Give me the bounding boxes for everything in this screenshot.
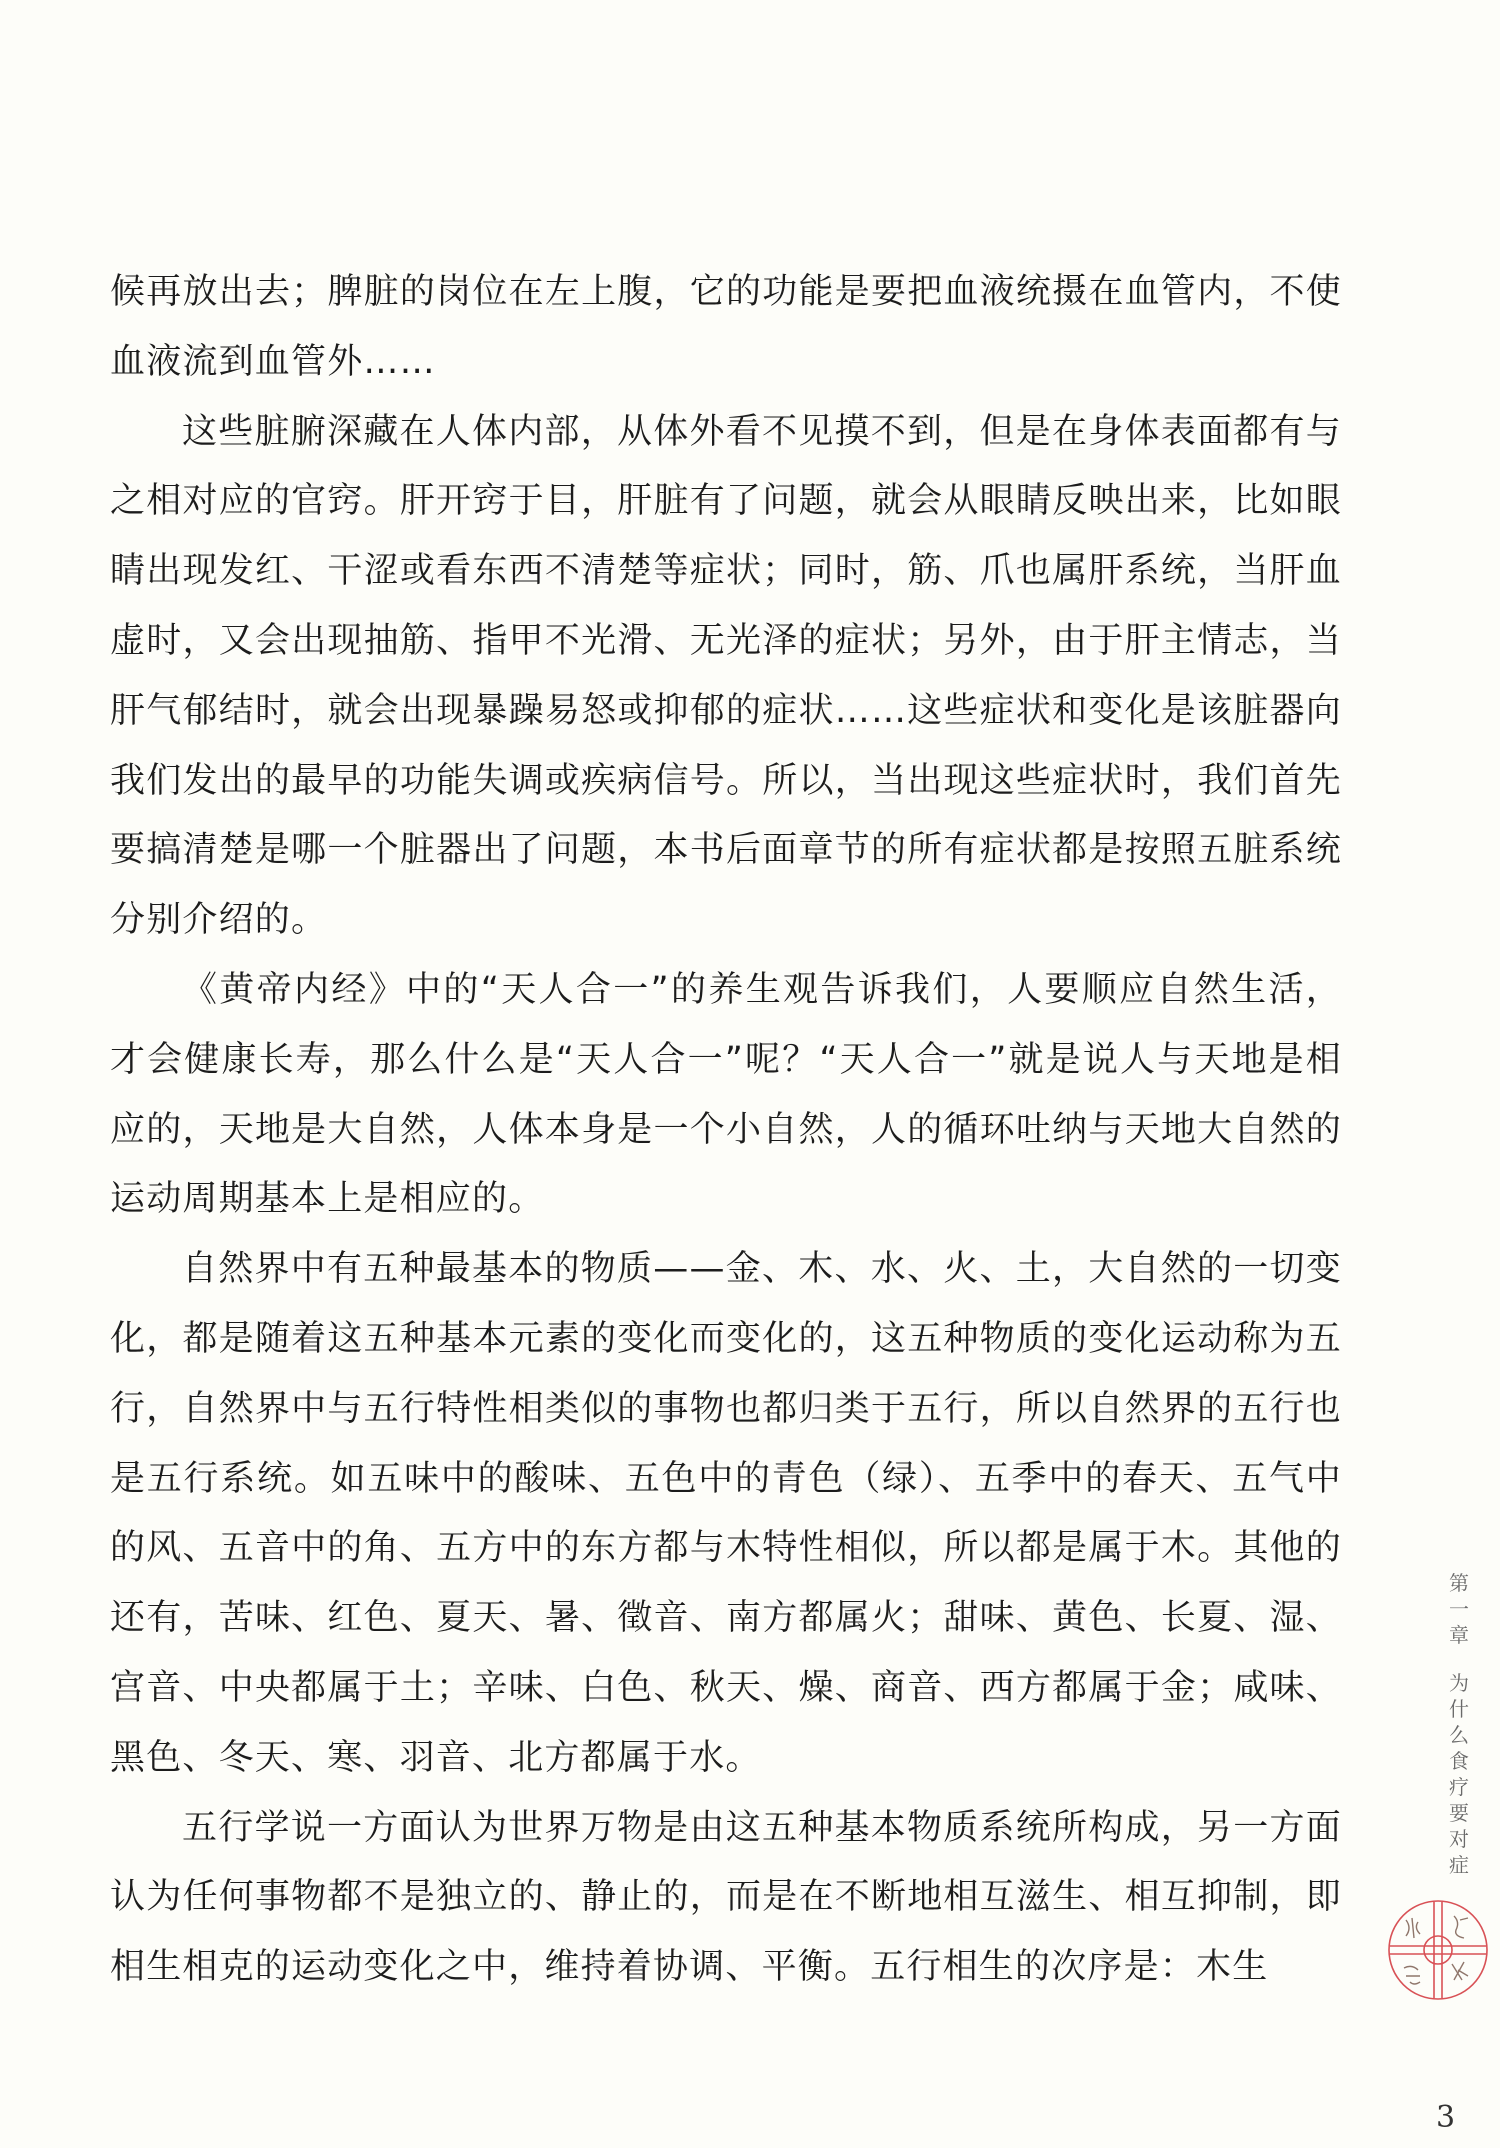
paragraph-organs-orifices: 这些脏腑深藏在人体内部，从体外看不见摸不到，但是在身体表面都有与之相对应的官窍。…: [110, 398, 1342, 956]
paragraph-five-elements-theory: 五行学说一方面认为世界万物是由这五种基本物质系统所构成，另一方面认为任何事物都不…: [110, 1794, 1342, 2003]
seal-stamp-icon: [1386, 1898, 1490, 2002]
running-head-char: 章: [1444, 1622, 1474, 1648]
running-head: 第一章 为什么食疗要对症: [1444, 1570, 1474, 1878]
running-head-char: 对: [1444, 1826, 1474, 1852]
running-head-char: 第: [1444, 1570, 1474, 1596]
running-head-char: 疗: [1444, 1774, 1474, 1800]
page-body: 候再放出去；脾脏的岗位在左上腹，它的功能是要把血液统摄在血管内，不使血液流到血管…: [110, 258, 1342, 2003]
running-head-char: 食: [1444, 1748, 1474, 1774]
paragraph-five-elements: 自然界中有五种最基本的物质——金、木、水、火、土，大自然的一切变化，都是随着这五…: [110, 1235, 1342, 1793]
running-head-char: 么: [1444, 1722, 1474, 1748]
running-head-chapter: 第一章: [1444, 1570, 1474, 1648]
paragraph-continuation: 候再放出去；脾脏的岗位在左上腹，它的功能是要把血液统摄在血管内，不使血液流到血管…: [110, 258, 1342, 398]
running-head-char: 一: [1444, 1596, 1474, 1622]
paragraph-heaven-human-unity: 《黄帝内经》中的“天人合一”的养生观告诉我们，人要顺应自然生活，才会健康长寿，那…: [110, 956, 1342, 1235]
running-head-char: 症: [1444, 1852, 1474, 1878]
running-head-char: 什: [1444, 1696, 1474, 1722]
running-head-char: 要: [1444, 1800, 1474, 1826]
page-number: 3: [1436, 2100, 1455, 2135]
running-head-char: 为: [1444, 1670, 1474, 1696]
running-head-title: 为什么食疗要对症: [1444, 1670, 1474, 1878]
